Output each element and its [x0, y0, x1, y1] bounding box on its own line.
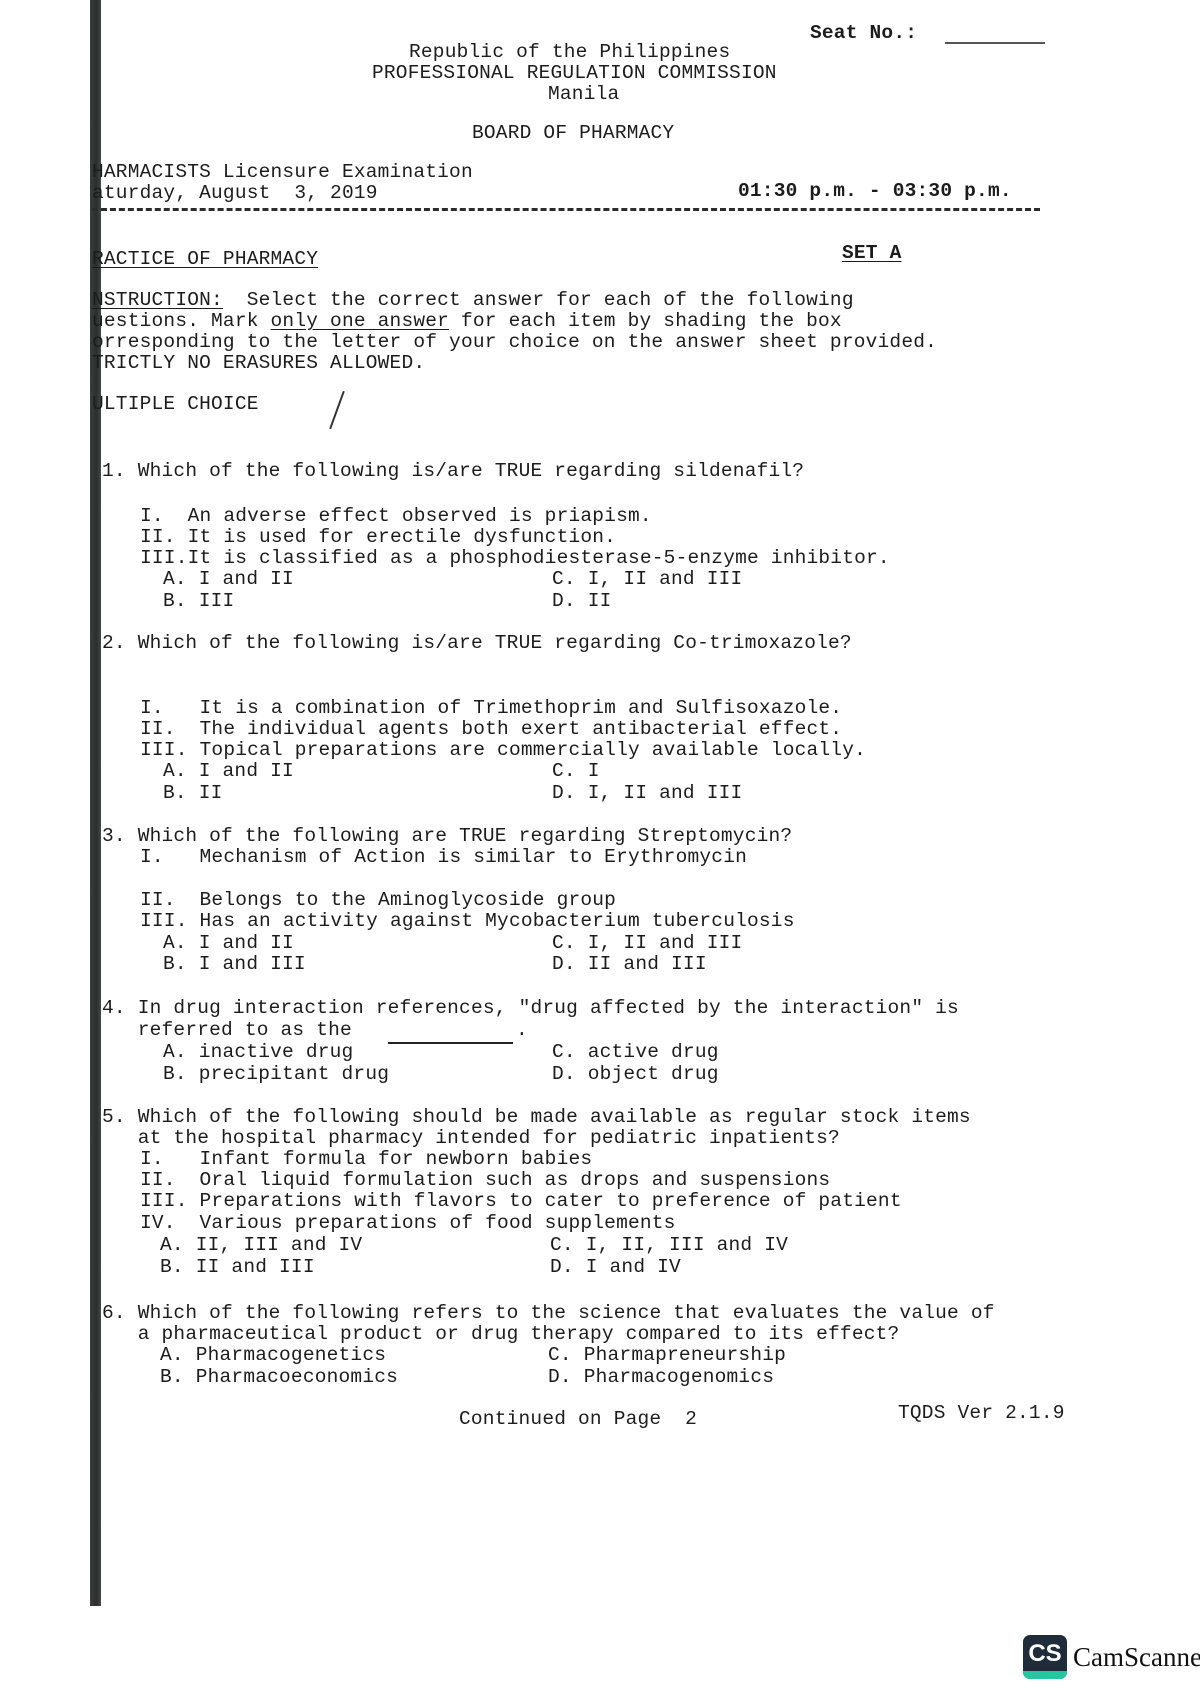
- question-2-choice-c: C. I: [552, 760, 600, 782]
- header-divider: [92, 208, 1040, 211]
- exam-title: HARMACISTS Licensure Examination: [92, 161, 473, 183]
- question-2-statement: I. It is a combination of Trimethoprim a…: [140, 697, 842, 719]
- question-3-choice-a: A. I and II: [163, 932, 294, 954]
- question-6-choice-a: A. Pharmacogenetics: [160, 1344, 386, 1366]
- question-2-stem: 2. Which of the following is/are TRUE re…: [102, 632, 852, 654]
- question-4-choice-a: A. inactive drug: [163, 1041, 353, 1063]
- question-1-stem: 1. Which of the following is/are TRUE re…: [102, 460, 804, 482]
- question-5-statement: IV. Various preparations of food supplem…: [140, 1212, 676, 1234]
- instruction-text: uestions. Mark: [92, 310, 271, 332]
- subject-title: RACTICE OF PHARMACY: [92, 248, 318, 270]
- question-5-statement: III. Preparations with flavors to cater …: [140, 1190, 902, 1212]
- board-heading: BOARD OF PHARMACY: [472, 122, 674, 144]
- instructions-line3: orresponding to the letter of your choic…: [92, 331, 937, 353]
- question-1-choice-d: D. II: [552, 590, 612, 612]
- camscanner-name: CamScanne: [1073, 1642, 1200, 1673]
- question-5-choice-a: A. II, III and IV: [160, 1234, 362, 1256]
- question-3-statement: III. Has an activity against Mycobacteri…: [140, 910, 795, 932]
- question-2-choice-d: D. I, II and III: [552, 782, 742, 804]
- question-6-stem: 6. Which of the following refers to the …: [102, 1302, 995, 1324]
- question-6-choice-d: D. Pharmacogenomics: [548, 1366, 774, 1388]
- question-4-stem: referred to as the: [102, 1019, 352, 1041]
- question-4-choice-d: D. object drug: [552, 1063, 719, 1085]
- version-label: TQDS Ver 2.1.9: [898, 1402, 1065, 1424]
- instructions-line2: uestions. Mark only one answer for each …: [92, 310, 842, 332]
- question-5-stem: 5. Which of the following should be made…: [102, 1106, 971, 1128]
- binder-edge: [90, 0, 101, 1606]
- republic-heading: Republic of the Philippines: [409, 41, 730, 63]
- question-3-statement: II. Belongs to the Aminoglycoside group: [140, 889, 616, 911]
- instruction-emphasis: only one answer: [271, 310, 450, 332]
- question-1-statement: II. It is used for erectile dysfunction.: [140, 526, 616, 548]
- question-5-choice-b: B. II and III: [160, 1256, 315, 1278]
- question-5-stem: at the hospital pharmacy intended for pe…: [102, 1127, 840, 1149]
- instruction-label: NSTRUCTION:: [92, 289, 223, 311]
- exam-time: 01:30 p.m. - 03:30 p.m.: [738, 180, 1012, 202]
- logo-text: CS: [1028, 1640, 1061, 1668]
- question-2-choice-b: B. II: [163, 782, 223, 804]
- seat-number-field: [945, 42, 1045, 44]
- set-label: SET A: [842, 242, 902, 264]
- question-3-choice-b: B. I and III: [163, 953, 306, 975]
- seat-number-label: Seat No.:: [810, 22, 917, 44]
- instructions-line4: TRICTLY NO ERASURES ALLOWED.: [92, 352, 425, 374]
- question-4-blank-end: .: [516, 1019, 528, 1041]
- fill-in-blank: [388, 1042, 513, 1044]
- question-3-choice-d: D. II and III: [552, 953, 707, 975]
- question-type: ULTIPLE CHOICE: [92, 393, 259, 415]
- camscanner-logo-icon: CS: [1023, 1635, 1067, 1679]
- question-3-statement: I. Mechanism of Action is similar to Ery…: [140, 846, 747, 868]
- instruction-text: for each item by shading the box: [449, 310, 842, 332]
- question-1-statement: I. An adverse effect observed is priapis…: [140, 505, 652, 527]
- question-2-choice-a: A. I and II: [163, 760, 294, 782]
- exam-date: aturday, August 3, 2019: [92, 182, 378, 204]
- question-5-choice-c: C. I, II, III and IV: [550, 1234, 788, 1256]
- question-6-choice-b: B. Pharmacoeconomics: [160, 1366, 398, 1388]
- question-5-choice-d: D. I and IV: [550, 1256, 681, 1278]
- question-6-choice-c: C. Pharmapreneurship: [548, 1344, 786, 1366]
- instruction-text: Select the correct answer for each of th…: [223, 289, 854, 311]
- question-1-statement: III.It is classified as a phosphodiester…: [140, 547, 890, 569]
- question-5-statement: I. Infant formula for newborn babies: [140, 1148, 592, 1170]
- city-heading: Manila: [548, 83, 619, 105]
- pen-mark: [329, 391, 345, 429]
- question-4-choice-c: C. active drug: [552, 1041, 719, 1063]
- question-1-choice-a: A. I and II: [163, 568, 294, 590]
- commission-heading: PROFESSIONAL REGULATION COMMISSION: [372, 62, 777, 84]
- question-4-stem: 4. In drug interaction references, "drug…: [102, 997, 959, 1019]
- instructions: NSTRUCTION: Select the correct answer fo…: [92, 289, 854, 311]
- question-1-choice-b: B. III: [163, 590, 234, 612]
- question-4-choice-b: B. precipitant drug: [163, 1063, 389, 1085]
- question-6-stem: a pharmaceutical product or drug therapy…: [102, 1323, 899, 1345]
- question-1-choice-c: C. I, II and III: [552, 568, 742, 590]
- camscanner-watermark: CS CamScanne: [1023, 1635, 1200, 1679]
- question-3-stem: 3. Which of the following are TRUE regar…: [102, 825, 792, 847]
- question-2-statement: II. The individual agents both exert ant…: [140, 718, 842, 740]
- question-3-choice-c: C. I, II and III: [552, 932, 742, 954]
- continued-notice: Continued on Page 2: [459, 1408, 697, 1430]
- question-5-statement: II. Oral liquid formulation such as drop…: [140, 1169, 830, 1191]
- question-2-statement: III. Topical preparations are commercial…: [140, 739, 866, 761]
